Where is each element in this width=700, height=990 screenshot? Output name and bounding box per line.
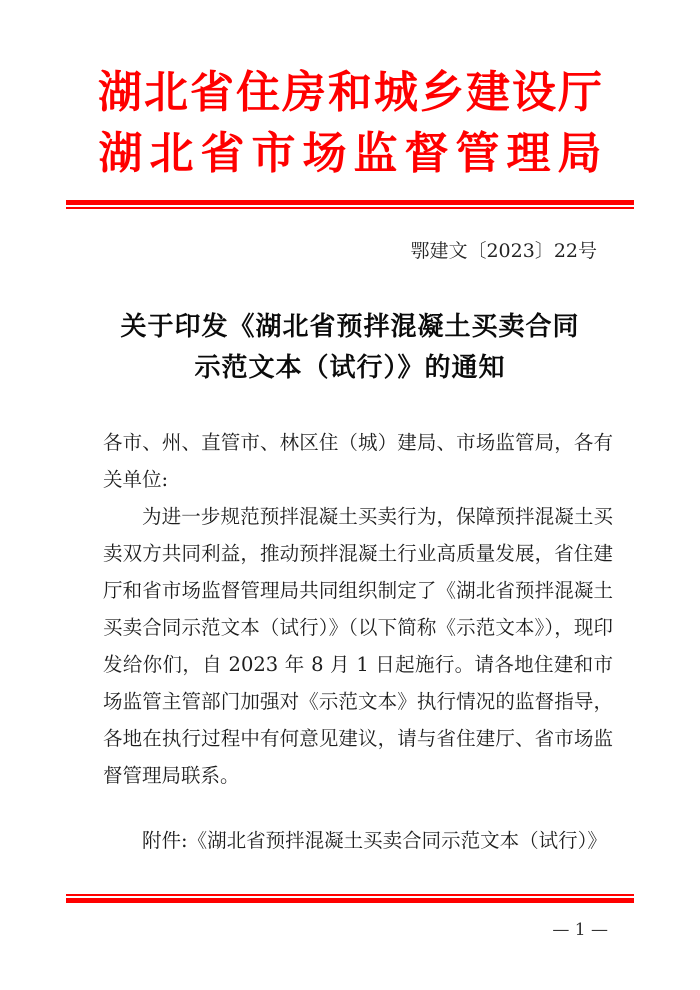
red-separator-bottom-thick-line (66, 898, 634, 903)
red-separator-bottom (66, 894, 634, 903)
document-header: 湖北省住房和城乡建设厅 湖北省市场监督管理局 (0, 62, 700, 184)
page-number: — 1 — (552, 920, 608, 940)
document-title-line-2: 示范文本（试行）》的通知 (0, 348, 700, 389)
issuing-org-line-2: 湖北省市场监督管理局 (0, 123, 700, 184)
document-number: 鄂建文〔2023〕22号 (410, 236, 597, 263)
red-separator-top (66, 200, 634, 209)
attachment-line: 附件:《湖北省预拌混凝土买卖合同示范文本（试行）》 (103, 822, 643, 859)
document-page: 湖北省住房和城乡建设厅 湖北省市场监督管理局 鄂建文〔2023〕22号 关于印发… (0, 0, 700, 990)
document-title: 关于印发《湖北省预拌混凝土买卖合同 示范文本（试行）》的通知 (0, 307, 700, 389)
red-separator-top-thin-line (66, 207, 634, 209)
issuing-org-line-1: 湖北省住房和城乡建设厅 (0, 62, 700, 123)
main-paragraph: 为进一步规范预拌混凝土买卖行为，保障预拌混凝土买卖双方共同利益，推动预拌混凝土行… (103, 498, 613, 794)
document-title-line-1: 关于印发《湖北省预拌混凝土买卖合同 (0, 307, 700, 348)
salutation-line: 各市、州、直管市、林区住（城）建局、市场监管局，各有关单位: (103, 424, 613, 498)
document-body: 各市、州、直管市、林区住（城）建局、市场监管局，各有关单位: 为进一步规范预拌混… (103, 424, 613, 794)
